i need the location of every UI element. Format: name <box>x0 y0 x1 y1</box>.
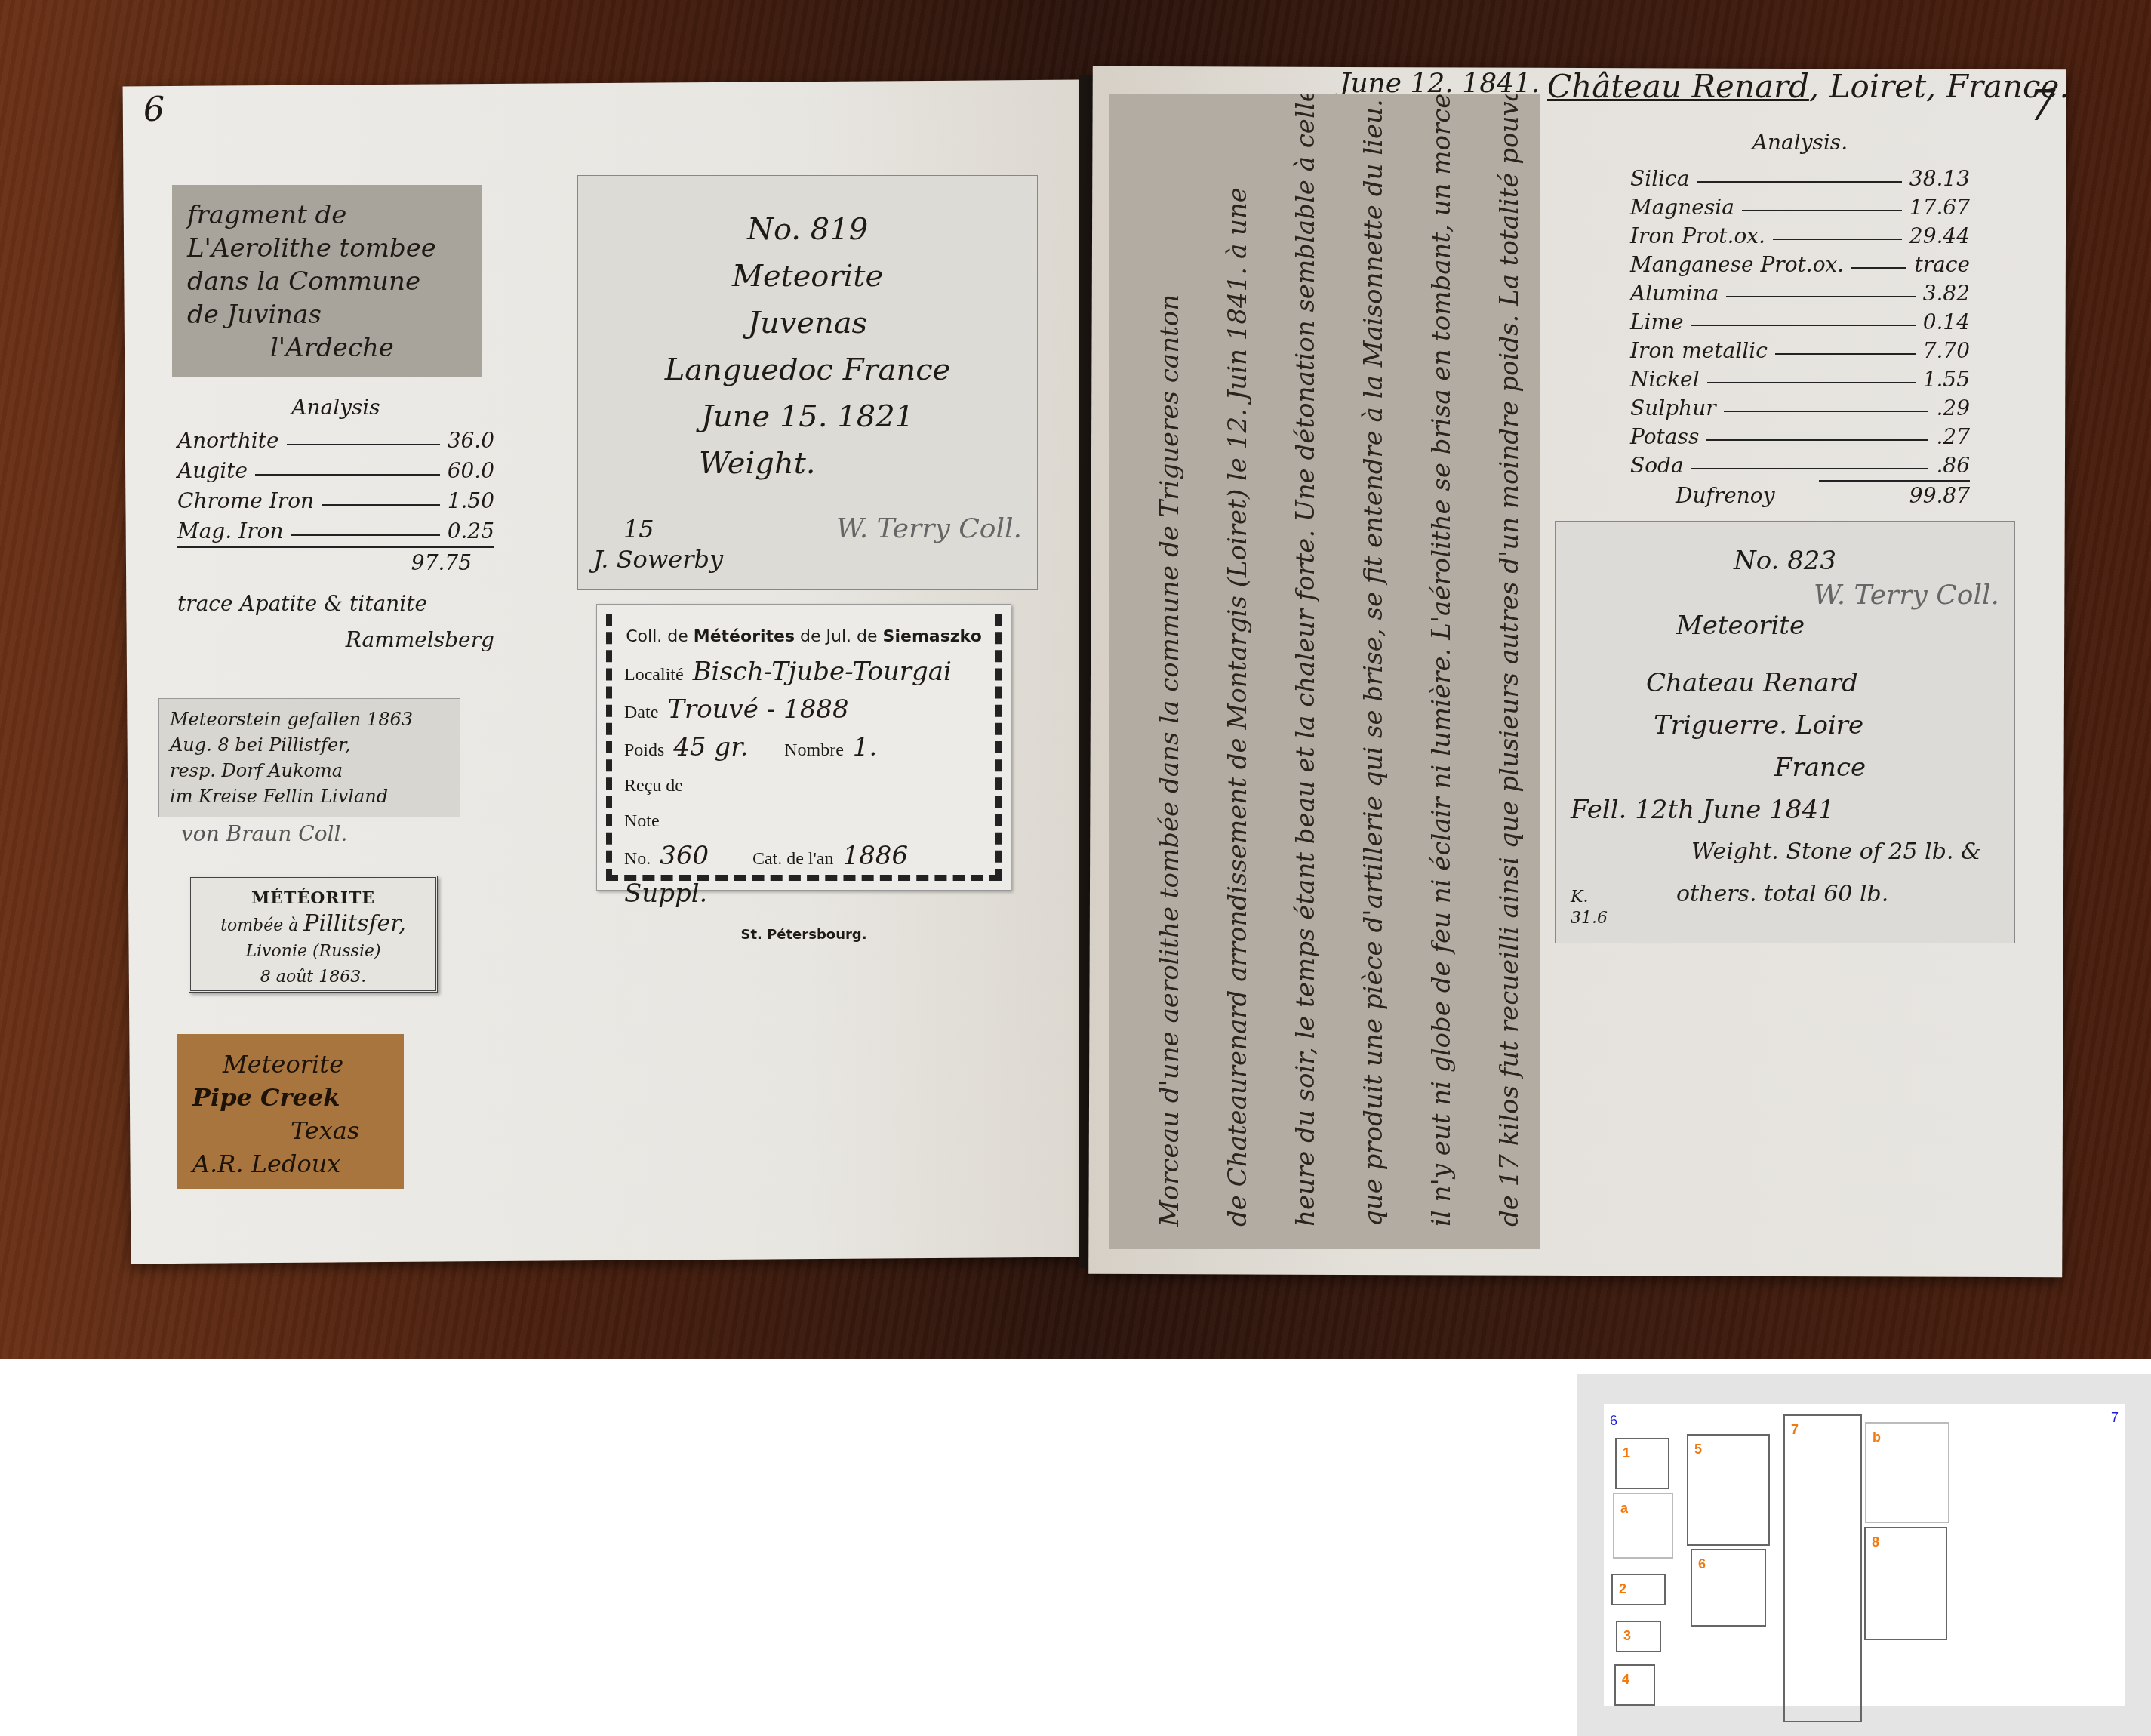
catalog-line: 31.6 <box>1571 908 1608 929</box>
leader-line <box>1697 165 1901 183</box>
label-line: Triguerre. Loire <box>1571 704 1999 746</box>
key-box-4: 4 <box>1614 1664 1655 1706</box>
label-line: Juvenas <box>593 300 1022 346</box>
label-1-juvinas-fragment: fragment de L'Aerolithe tombee dans la C… <box>172 185 482 377</box>
leader-line <box>1706 423 1928 441</box>
mineral-value: .27 <box>1936 423 1970 451</box>
page-number-left: 6 <box>143 91 165 129</box>
mineral-value: 0.14 <box>1923 308 1970 337</box>
card-field: Note <box>624 803 983 839</box>
label-line: Texas <box>192 1114 389 1147</box>
analysis-title: Analysis <box>177 392 494 423</box>
field-value: Trouvé - 1888 <box>667 694 848 725</box>
mineral-value: 1.55 <box>1923 365 1970 394</box>
key-box-label: 7 <box>1791 1422 1799 1438</box>
analysis-row: Soda.86 <box>1630 451 1970 480</box>
label-line: 8 août 1863. <box>198 965 428 990</box>
leader-line <box>255 456 440 476</box>
analysis-row: Sulphur.29 <box>1630 394 1970 423</box>
key-box-6: 6 <box>1691 1549 1766 1627</box>
key-box-label: 1 <box>1623 1445 1630 1461</box>
key-box-label: 8 <box>1872 1534 1879 1550</box>
key-box-label: b <box>1873 1430 1881 1445</box>
leader-line <box>1851 251 1906 269</box>
mineral-name: Potass <box>1630 423 1699 451</box>
label-6-siemaszko-card: Coll. de Météorites de Jul. de Siemaszko… <box>596 604 1011 891</box>
analysis-row: Magnesia17.67 <box>1630 193 1970 222</box>
analysis-row: Iron metallic7.70 <box>1630 337 1970 365</box>
label-line: Pipe Creek <box>192 1081 389 1114</box>
leader-line <box>1775 337 1916 355</box>
analysis-total: 97.75 <box>177 546 494 578</box>
label-7-french-letter: Morceau d'une aerolithe tombée dans la c… <box>1109 94 1540 1249</box>
mineral-value: 0.25 <box>448 516 494 546</box>
leader-line <box>1773 222 1902 240</box>
key-box-b: b <box>1865 1422 1949 1523</box>
label-2-pillistfer-german: Meteorstein gefallen 1863 Aug. 8 bei Pil… <box>158 698 460 817</box>
field-label: Nombre <box>784 740 844 760</box>
card-field: Reçu de <box>624 768 983 803</box>
field-label: Localité <box>624 665 684 685</box>
field-value: 45 gr. <box>673 732 748 762</box>
field-label: No. <box>624 849 651 869</box>
key-box-a: a <box>1613 1493 1673 1559</box>
mineral-value: 60.0 <box>448 456 494 486</box>
mineral-value: 1.50 <box>448 486 494 516</box>
label-line: Chateau Renard <box>1571 662 1999 704</box>
label-weight: Weight. Stone of 25 lb. & <box>1571 831 1999 873</box>
key-box-label: 2 <box>1619 1581 1626 1597</box>
label-line: de Juvinas <box>187 298 466 331</box>
mineral-name: Manganese Prot.ox. <box>1630 251 1844 279</box>
key-page-number: 6 <box>1610 1413 1617 1429</box>
collection-note: W. Terry Coll. <box>836 514 1022 574</box>
analysis-row: Anorthite36.0 <box>177 426 494 456</box>
key-box-2: 2 <box>1611 1574 1666 1605</box>
card-field: DateTrouvé - 1888 <box>624 692 983 730</box>
collection-note: W. Terry Coll. <box>1814 574 1999 617</box>
leader-line <box>1726 279 1915 297</box>
analysis-b: Analysis. Silica38.13 Magnesia17.67 Iron… <box>1630 128 1970 510</box>
label-4-pipe-creek: Meteorite Pipe Creek Texas A.R. Ledoux <box>177 1034 404 1189</box>
analysis-author: Rammelsberg <box>177 625 494 655</box>
letter-line: Morceau d'une aerolithe tombée dans la c… <box>1155 94 1185 1227</box>
letter-line: que produit une pièce d'artillerie qui s… <box>1359 94 1389 1227</box>
key-diagram: 6 7 1 a 2 3 4 5 6 7 b 8 <box>1577 1374 2151 1736</box>
mineral-name: Anorthite <box>177 426 279 456</box>
card-header: Coll. de Météorites de Jul. de Siemaszko <box>624 620 983 654</box>
field-value: 360 <box>660 841 709 871</box>
label-2-collection: von Braun Coll. <box>181 821 347 846</box>
card-field: LocalitéBisch-Tjube-Tourgai <box>624 654 983 692</box>
header-title-main: Château Renard <box>1547 68 1809 105</box>
label-fell-date: Fell. 12th June 1841 <box>1571 789 1999 831</box>
mineral-name: Iron Prot.ox. <box>1630 222 1765 251</box>
label-line: im Kreise Fellin Livland <box>170 783 449 809</box>
key-box-8: 8 <box>1864 1527 1947 1640</box>
mineral-value: 7.70 <box>1923 337 1970 365</box>
label-line: A.R. Ledoux <box>192 1147 389 1180</box>
sowerby-note: 15 J. Sowerby <box>593 514 723 574</box>
mineral-name: Silica <box>1630 165 1689 193</box>
field-label: tombée à <box>220 916 298 935</box>
note-name: J. Sowerby <box>593 544 723 574</box>
field-label: Note <box>624 811 660 831</box>
header-text: Météorites <box>694 627 795 646</box>
analysis-row: Chrome Iron1.50 <box>177 486 494 516</box>
analysis-row: Iron Prot.ox.29.44 <box>1630 222 1970 251</box>
label-line: fragment de <box>187 199 466 232</box>
leader-line <box>322 486 440 506</box>
key-box-1: 1 <box>1615 1438 1669 1489</box>
analysis-row: Manganese Prot.ox.trace <box>1630 251 1970 279</box>
label-number: No. 819 <box>593 206 1022 253</box>
analysis-row: Potass.27 <box>1630 423 1970 451</box>
key-box-label: 6 <box>1698 1556 1706 1572</box>
key-page-number: 7 <box>2111 1410 2119 1426</box>
card-field: No.360 Cat. de l'an1886 Suppl. <box>624 839 983 913</box>
field-label: Cat. de l'an <box>752 849 834 869</box>
page-number-right: 7 <box>2029 82 2056 131</box>
label-line: France <box>1571 746 1999 789</box>
catalog-line: K. <box>1571 887 1608 908</box>
label-line: Meteorstein gefallen 1863 <box>170 706 449 732</box>
label-line: Livonie (Russie) <box>198 939 428 965</box>
mineral-value: 29.44 <box>1909 222 1970 251</box>
key-box-label: 4 <box>1622 1672 1629 1688</box>
analysis-note: trace Apatite & titanite <box>177 589 494 619</box>
mineral-value: 17.67 <box>1909 193 1970 222</box>
analysis-author: Dufrenoy <box>1676 482 1775 510</box>
header-title: Château Renard, Loiret, France. <box>1547 68 2069 105</box>
label-heading: MÉTÉORITE <box>198 885 428 911</box>
label-line: l'Ardeche <box>187 331 466 365</box>
header-text: Coll. de <box>626 627 688 646</box>
mineral-name: Lime <box>1630 308 1684 337</box>
mineral-name: Magnesia <box>1630 193 1734 222</box>
label-8-no-823: No. 823 W. Terry Coll. Meteorite Chateau… <box>1555 521 2015 943</box>
key-box-7: 7 <box>1783 1414 1862 1722</box>
letter-line: de 17 kilos fut recueilli ainsi que plus… <box>1494 94 1525 1227</box>
analysis-title: Analysis. <box>1630 128 1970 157</box>
mineral-name: Augite <box>177 456 248 486</box>
label-footer: 15 J. Sowerby W. Terry Coll. <box>593 514 1022 574</box>
leader-line <box>291 516 439 536</box>
book-photo: 6 fragment de L'Aerolithe tombee dans la… <box>0 0 2151 1359</box>
label-line: Weight. <box>593 440 1022 487</box>
label-line: Meteorite <box>192 1048 389 1081</box>
leader-line <box>287 426 440 445</box>
field-label: Poids <box>624 740 664 760</box>
card-footer: St. Pétersbourg. <box>624 918 983 953</box>
leader-line <box>1724 394 1929 412</box>
mineral-value: 38.13 <box>1909 165 1970 193</box>
label-line: Meteorite <box>593 253 1022 300</box>
leader-line <box>1742 193 1902 211</box>
mineral-value: trace <box>1914 251 1970 279</box>
letter-line: de Chateaurenard arrondissement de Monta… <box>1223 94 1253 1227</box>
label-line: dans la Commune <box>187 265 466 298</box>
catalog-number: K. 31.6 <box>1571 887 1608 929</box>
label-3-pillitsfer-french: MÉTÉORITE tombée à Pillitsfer, Livonie (… <box>189 876 438 993</box>
letter-line: il n'y eut ni globe de feu ni éclair ni … <box>1426 94 1457 1227</box>
label-line: tombée à Pillitsfer, <box>198 911 428 939</box>
leader-line <box>1691 308 1916 326</box>
card-field: Poids45 gr. Nombre1. <box>624 730 983 768</box>
key-box-3: 3 <box>1616 1621 1661 1652</box>
analysis-row: Alumina3.82 <box>1630 279 1970 308</box>
analysis-row: Nickel1.55 <box>1630 365 1970 394</box>
label-line: June 15. 1821 <box>593 393 1022 440</box>
analysis-row: Augite60.0 <box>177 456 494 486</box>
header-text: Siemaszko <box>883 627 982 646</box>
field-value: Pillitsfer, <box>303 910 405 937</box>
label-weight: others. total 60 lb. <box>1571 873 1999 916</box>
analysis-row: Lime0.14 <box>1630 308 1970 337</box>
mineral-name: Soda <box>1630 451 1684 480</box>
label-line: Aug. 8 bei Pillistfer, <box>170 732 449 758</box>
key-diagram-page: 6 7 1 a 2 3 4 5 6 7 b 8 <box>1604 1404 2125 1706</box>
mineral-name: Iron metallic <box>1630 337 1768 365</box>
header-text: de Jul. de <box>800 627 878 646</box>
analysis-total: 99.87 <box>1909 482 1970 510</box>
field-value: Bisch-Tjube-Tourgai <box>693 657 952 687</box>
note-number: 15 <box>593 514 723 544</box>
mineral-name: Mag. Iron <box>177 516 283 546</box>
analysis-row: Mag. Iron0.25 <box>177 516 494 546</box>
leader-line <box>1691 451 1929 469</box>
letter-line: heure du soir, le temps étant beau et la… <box>1291 94 1321 1227</box>
mineral-name: Sulphur <box>1630 394 1716 423</box>
analysis-row: Silica38.13 <box>1630 165 1970 193</box>
key-box-label: 3 <box>1623 1628 1631 1644</box>
key-box-label: 5 <box>1694 1442 1702 1457</box>
mineral-name: Nickel <box>1630 365 1700 394</box>
mineral-name: Chrome Iron <box>177 486 314 516</box>
field-value: 1. <box>853 732 877 762</box>
key-box-5: 5 <box>1687 1434 1770 1546</box>
mineral-value: 3.82 <box>1923 279 1970 308</box>
leader-line <box>1707 365 1916 383</box>
label-line: resp. Dorf Aukoma <box>170 758 449 783</box>
mineral-name: Alumina <box>1630 279 1719 308</box>
mineral-value: .86 <box>1936 451 1970 480</box>
field-label: Reçu de <box>624 776 683 796</box>
label-5-no-819: No. 819 Meteorite Juvenas Languedoc Fran… <box>577 175 1038 590</box>
mineral-value: .29 <box>1936 394 1970 423</box>
key-box-label: a <box>1620 1501 1628 1516</box>
field-label: Date <box>624 703 658 722</box>
label-line: Languedoc France <box>593 346 1022 393</box>
mineral-value: 36.0 <box>448 426 494 456</box>
analysis-a: Analysis Anorthite36.0 Augite60.0 Chrome… <box>177 392 494 655</box>
analysis-footer: Dufrenoy99.87 <box>1630 482 1970 510</box>
label-line: L'Aerolithe tombee <box>187 232 466 265</box>
